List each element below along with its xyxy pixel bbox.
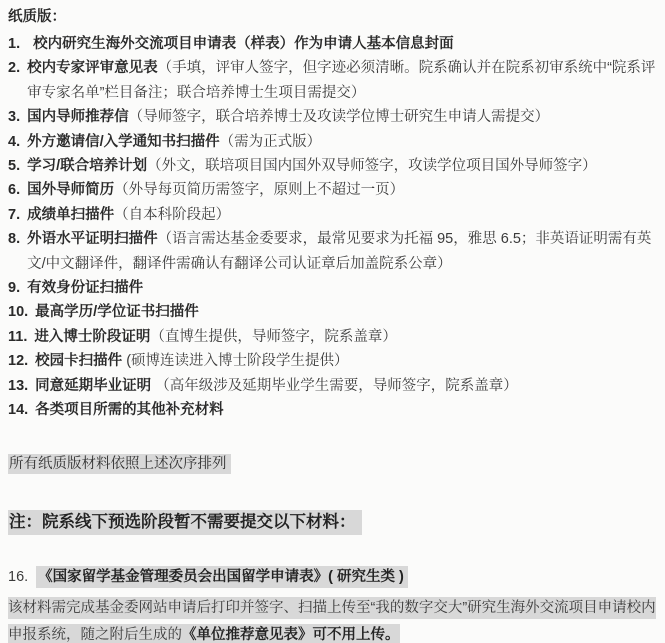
material-item-6: 6. 国外导师简历（外导每页简历需签字，原则上不超过一页） <box>8 178 659 202</box>
material-item-3: 3. 国内导师推荐信（导师签字，联合培养博士及攻读学位博士研究生申请人需提交） <box>8 105 659 129</box>
material-item-11: 11. 进入博士阶段证明（直博生提供，导师签字，院系盖章） <box>8 325 659 349</box>
material-item-16: 16.《国家留学基金管理委员会出国留学申请表》( 研究生类 ) <box>8 566 659 588</box>
material-item-10: 10. 最高学历/学位证书扫描件 <box>8 300 659 324</box>
item-number: 14. <box>8 398 28 422</box>
material-item-13: 13. 同意延期毕业证明 （高年级涉及延期毕业学生需要，导师签字，院系盖章） <box>8 374 659 398</box>
item-number: 4. <box>8 130 20 154</box>
item-title: 《国家留学基金管理委员会出国留学申请表》( 研究生类 ) <box>36 566 408 588</box>
item-number: 7. <box>8 203 20 227</box>
section-heading-text: 注：院系线下预选阶段暂不需要提交以下材料： <box>8 510 362 535</box>
material-item-12: 12. 校园卡扫描件 (硕博连读进入博士阶段学生提供） <box>8 349 659 373</box>
item-note: （需为正式版） <box>220 134 322 150</box>
closing-paragraph: 该材料需完成基金委网站申请后打印并签字、扫描上传至“我的数字交大”研究生海外交流… <box>8 595 659 643</box>
scanned-document-page: 纸质版： 1. 校内研究生海外交流项目申请表（样表）作为申请人基本信息封面 2.… <box>0 0 665 643</box>
item-title: 各类项目所需的其他补充材料 <box>35 402 224 418</box>
item-note: （高年级涉及延期毕业学生需要，导师签字，院系盖章） <box>151 378 518 394</box>
item-title: 最高学历/学位证书扫描件 <box>35 304 199 320</box>
material-item-9: 9. 有效身份证扫描件 <box>8 276 659 300</box>
item-title: 进入博士阶段证明 <box>34 329 150 345</box>
item-title: 校园卡扫描件 <box>35 353 122 369</box>
item-number: 10. <box>8 300 28 324</box>
materials-list: 1. 校内研究生海外交流项目申请表（样表）作为申请人基本信息封面 2. 校内专家… <box>8 32 659 423</box>
material-item-8: 8. 外语水平证明扫描件（语言需达基金委要求，最常见要求为托福 95，雅思 6.… <box>8 227 659 276</box>
item-title: 学习/联合培养计划 <box>27 158 147 174</box>
item-number: 16. <box>8 569 28 585</box>
item-note: （导师签字，联合培养博士及攻读学位博士研究生申请人需提交） <box>129 109 550 125</box>
item-title: 国内导师推荐信 <box>27 109 129 125</box>
closing-bold-tail: 《单位推荐意见表》可不用上传。 <box>182 624 400 643</box>
item-number: 2. <box>8 56 20 105</box>
item-number: 3. <box>8 105 20 129</box>
material-item-2: 2. 校内专家评审意见表（手填，评审人签字，但字迹必须清晰。院系确认并在院系初审… <box>8 56 659 105</box>
item-title: 有效身份证扫描件 <box>27 280 143 296</box>
material-item-7: 7. 成绩单扫描件（自本科阶段起） <box>8 203 659 227</box>
material-item-1: 1. 校内研究生海外交流项目申请表（样表）作为申请人基本信息封面 <box>8 32 659 56</box>
material-item-4: 4. 外方邀请信/入学通知书扫描件（需为正式版） <box>8 130 659 154</box>
item-number: 1. <box>8 32 20 56</box>
item-number: 6. <box>8 178 20 202</box>
item-title: 同意延期毕业证明 <box>35 378 151 394</box>
item-number: 5. <box>8 154 20 178</box>
item-note: （外导每页简历需签字，原则上不超过一页） <box>114 182 404 198</box>
offline-preselection-note-heading: 注：院系线下预选阶段暂不需要提交以下材料： <box>8 511 659 533</box>
material-item-5: 5. 学习/联合培养计划（外文，联培项目国内国外双导师签字，攻读学位项目国外导师… <box>8 154 659 178</box>
item-title: 校内研究生海外交流项目申请表（样表）作为申请人基本信息封面 <box>33 36 454 52</box>
order-note-text: 所有纸质版材料依照上述次序排列 <box>8 454 231 474</box>
item-number: 13. <box>8 374 28 398</box>
item-note: （自本科阶段起） <box>114 207 230 223</box>
paper-version-heading: 纸质版： <box>8 5 659 29</box>
item-note: (硕博连读进入博士阶段学生提供） <box>122 353 348 369</box>
order-note: 所有纸质版材料依照上述次序排列 <box>8 454 659 474</box>
item-number: 8. <box>8 227 20 276</box>
item-number: 12. <box>8 349 28 373</box>
item-title: 成绩单扫描件 <box>27 207 114 223</box>
item-title: 国外导师简历 <box>27 182 114 198</box>
item-note: （直博生提供，导师签字，院系盖章） <box>150 329 397 345</box>
item-number: 9. <box>8 276 20 300</box>
item-number: 11. <box>8 325 27 349</box>
item-title: 外语水平证明扫描件 <box>27 231 158 247</box>
item-title: 校内专家评审意见表 <box>27 60 158 76</box>
item-title: 外方邀请信/入学通知书扫描件 <box>27 134 220 150</box>
material-item-14: 14. 各类项目所需的其他补充材料 <box>8 398 659 422</box>
item-note: （外文，联培项目国内国外双导师签字，攻读学位项目国外导师签字） <box>147 158 597 174</box>
